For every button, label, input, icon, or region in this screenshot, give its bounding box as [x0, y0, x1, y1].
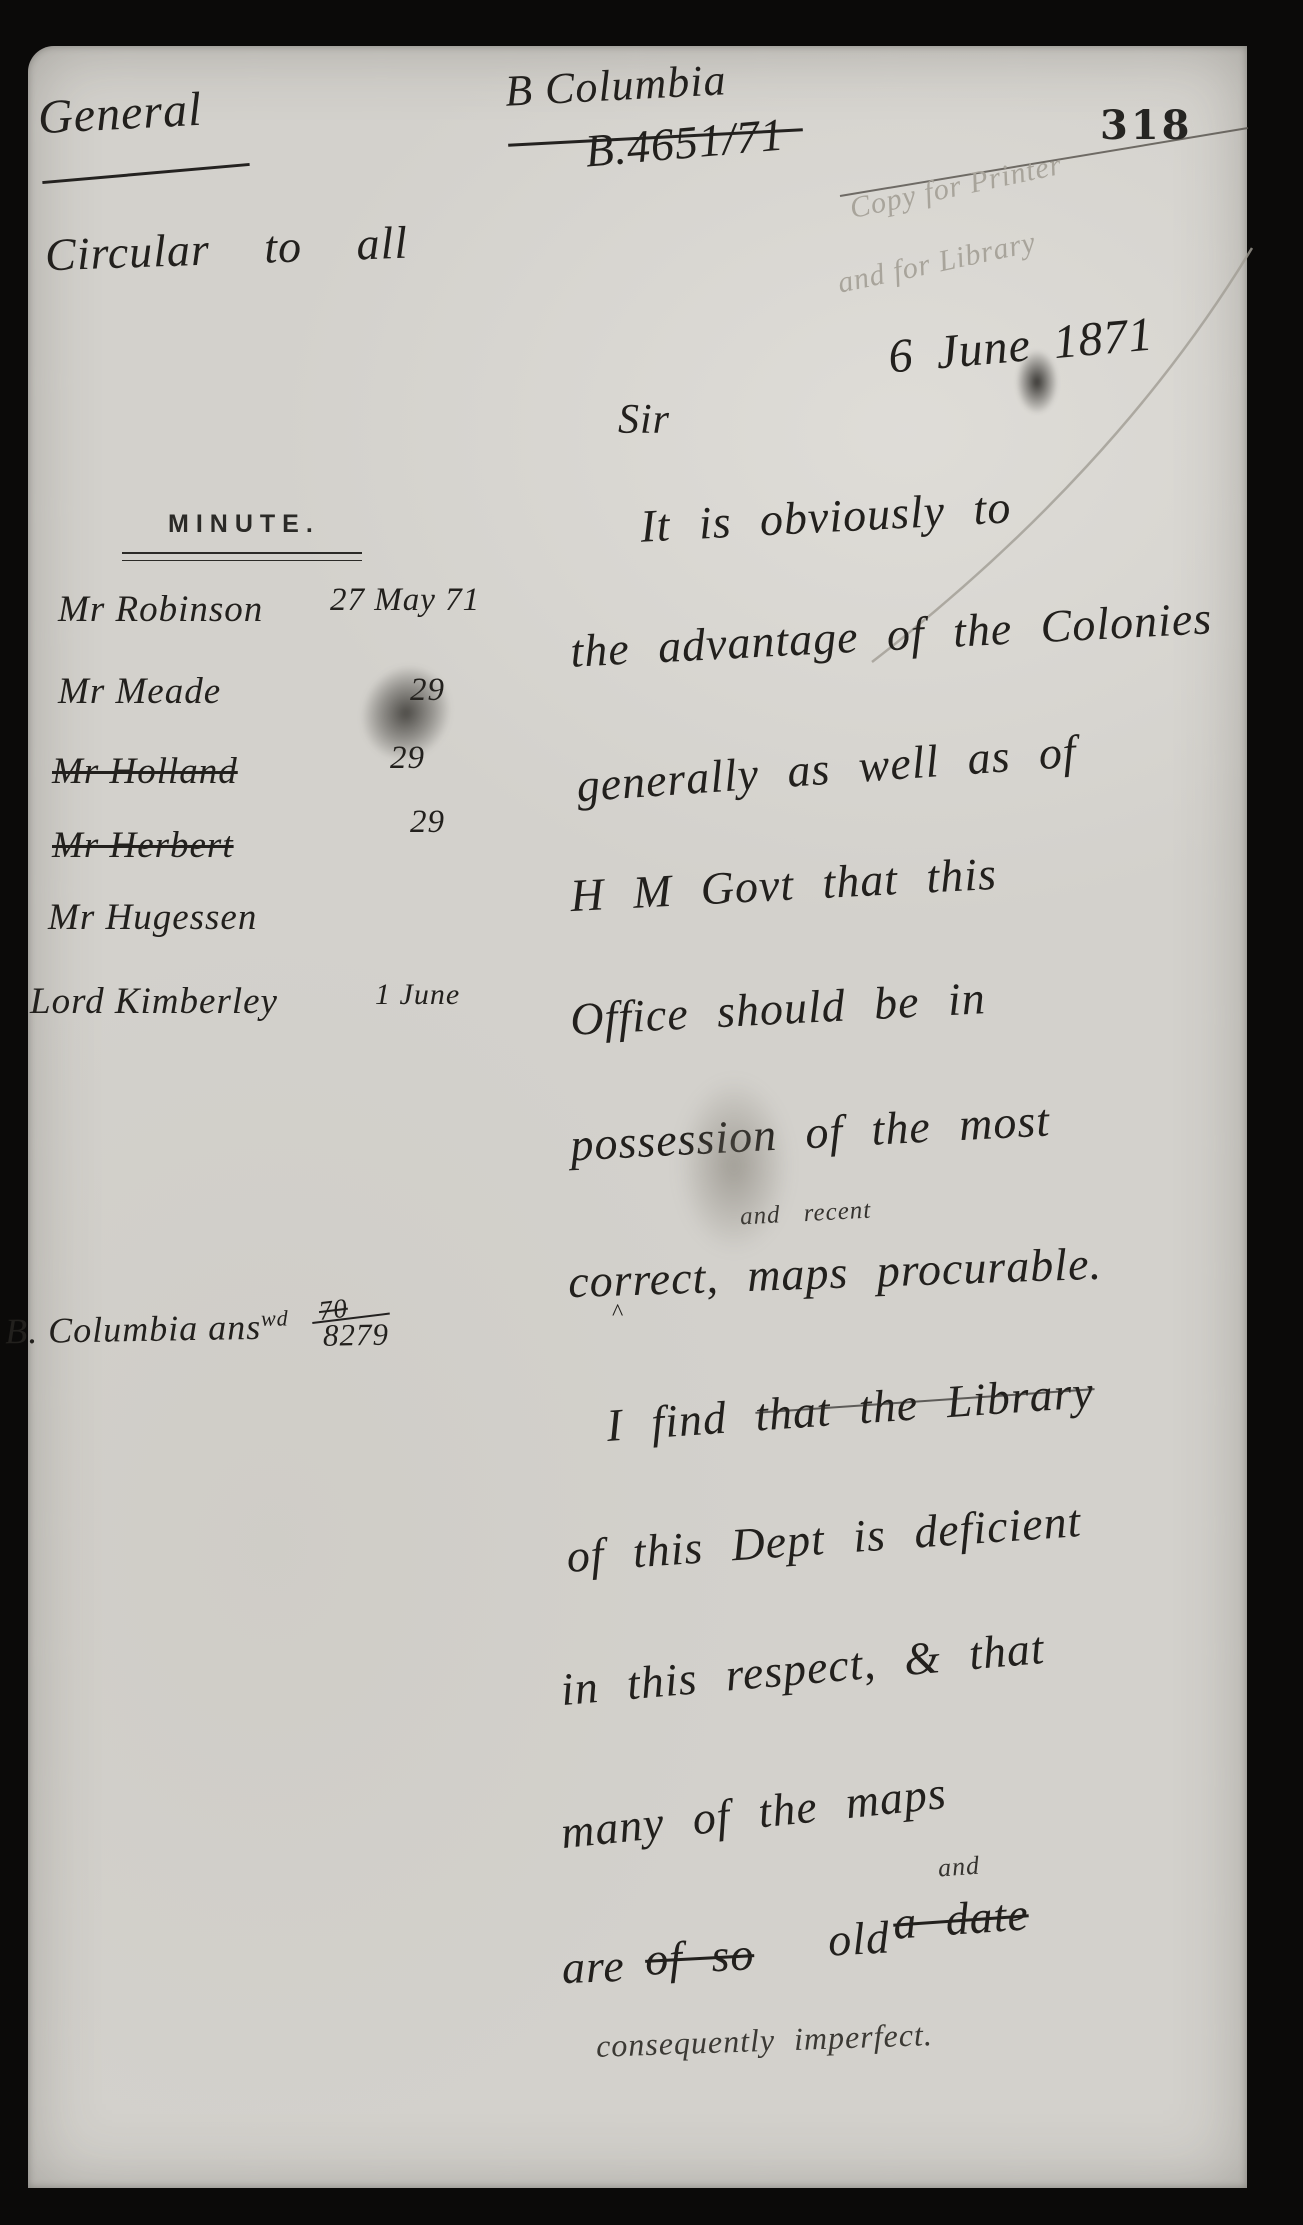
- insertion-caret: ^: [612, 1300, 624, 1327]
- letter-line: of so: [644, 1927, 756, 1986]
- minute-entry-name: Mr Holland: [52, 750, 238, 793]
- scan-background: { "page": { "page_number": "318", "docke…: [0, 0, 1303, 2225]
- ink-blot: [1016, 350, 1058, 414]
- answered-note-text: B. Columbia ans: [5, 1307, 262, 1351]
- minute-entry-date: 29: [410, 804, 445, 841]
- minute-entry-name: Mr Meade: [58, 670, 221, 713]
- minute-entry: Lord Kimberley1 June: [30, 980, 590, 1052]
- minute-entry-name: Lord Kimberley: [30, 980, 278, 1023]
- minute-heading: MINUTE.: [168, 510, 320, 539]
- registry-fraction: 708279: [310, 1297, 389, 1352]
- letter-line: and: [937, 1851, 981, 1884]
- minute-entry: Mr Herbert29: [52, 824, 612, 896]
- minute-entry: Mr Robinson27 May 71: [58, 588, 618, 660]
- minute-entry: Mr Hugessen: [48, 896, 608, 968]
- letter-line: a date: [891, 1887, 1030, 1949]
- general-label: General: [37, 82, 204, 146]
- answered-note: B. Columbia answd708279: [5, 1289, 390, 1353]
- letter-line: are: [561, 1939, 625, 1994]
- minute-entry: Mr Holland29: [52, 750, 612, 822]
- minute-entry-date: 1 June: [375, 978, 460, 1012]
- answered-note-superscript: wd: [261, 1305, 289, 1330]
- minute-entry-name: Mr Herbert: [52, 824, 234, 867]
- minute-entry-name: Mr Robinson: [58, 588, 263, 631]
- minute-entry: Mr Meade29: [58, 670, 618, 742]
- ink-blot: [678, 1078, 790, 1253]
- letter-line: old: [827, 1910, 891, 1966]
- salutation: Sir: [618, 396, 670, 444]
- minute-entry-name: Mr Hugessen: [48, 896, 257, 939]
- minute-entry-date: 27 May 71: [330, 582, 480, 619]
- minute-heading-rule: [122, 552, 362, 561]
- page-number: 318: [1100, 102, 1193, 149]
